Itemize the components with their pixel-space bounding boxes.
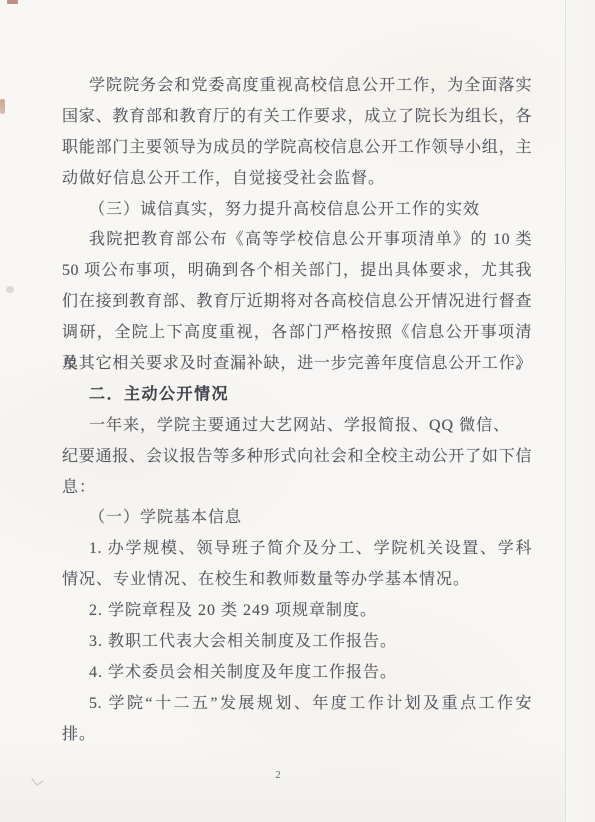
scan-artifact-squiggle: [30, 776, 46, 790]
text-line: 5. 学院“十二五”发展规划、年度工作计划及重点工作安: [62, 689, 532, 720]
text-line: 息：: [62, 473, 532, 504]
text-line: 我院把教育部公布《高等学校信息公开事项清单》的 10 类: [62, 225, 532, 256]
text-line: 及其它相关要求及时查漏补缺，进一步完善年度信息公开工作。: [62, 349, 532, 380]
document-text: 学院院务会和党委高度重视高校信息公开工作，为全面落实国家、教育部和教育厅的有关工…: [62, 71, 532, 751]
scan-artifact-smudge: [6, 286, 14, 293]
text-line: 职能部门主要领导为成员的学院高校信息公开工作领导小组，主: [62, 133, 532, 164]
text-line: （三）诚信真实，努力提升高校信息公开工作的实效: [62, 195, 532, 226]
scanned-page: 学院院务会和党委高度重视高校信息公开工作，为全面落实国家、教育部和教育厅的有关工…: [0, 0, 595, 822]
text-line: 2. 学院章程及 20 类 249 项规章制度。: [62, 596, 532, 627]
text-line: 动做好信息公开工作，自觉接受社会监督。: [62, 164, 532, 195]
text-line: 国家、教育部和教育厅的有关工作要求，成立了院长为组长，各: [62, 102, 532, 133]
text-line: 一年来，学院主要通过大艺网站、学报简报、QQ 微信、: [62, 411, 532, 442]
scan-right-strip: [566, 0, 595, 822]
text-line: 3. 教职工代表大会相关制度及工作报告。: [62, 627, 532, 658]
text-line: 情况、专业情况、在校生和教师数量等办学基本情况。: [62, 565, 532, 596]
text-line: 学院院务会和党委高度重视高校信息公开工作，为全面落实: [62, 71, 532, 102]
section-heading-line: 二．主动公开情况: [62, 380, 532, 411]
text-line: 50 项公布事项，明确到各个相关部门，提出具体要求，尤其我: [62, 256, 532, 287]
text-line: （一）学院基本信息: [62, 503, 532, 534]
text-line: 排。: [62, 720, 532, 751]
text-line: 们在接到教育部、教育厅近期将对各高校信息公开情况进行督查: [62, 287, 532, 318]
text-line: 纪要通报、会议报告等多种形式向社会和全校主动公开了如下信: [62, 442, 532, 473]
page-number: 2: [271, 769, 285, 781]
scan-artifact-red-mark-left: [0, 99, 5, 114]
text-line: 4. 学术委员会相关制度及年度工作报告。: [62, 658, 532, 689]
text-line: 调研，全院上下高度重视，各部门严格按照《信息公开事项清单》: [62, 318, 532, 349]
scan-artifact-red-mark-top: [7, 0, 18, 4]
text-line: 1. 办学规模、领导班子简介及分工、学院机关设置、学科: [62, 534, 532, 565]
